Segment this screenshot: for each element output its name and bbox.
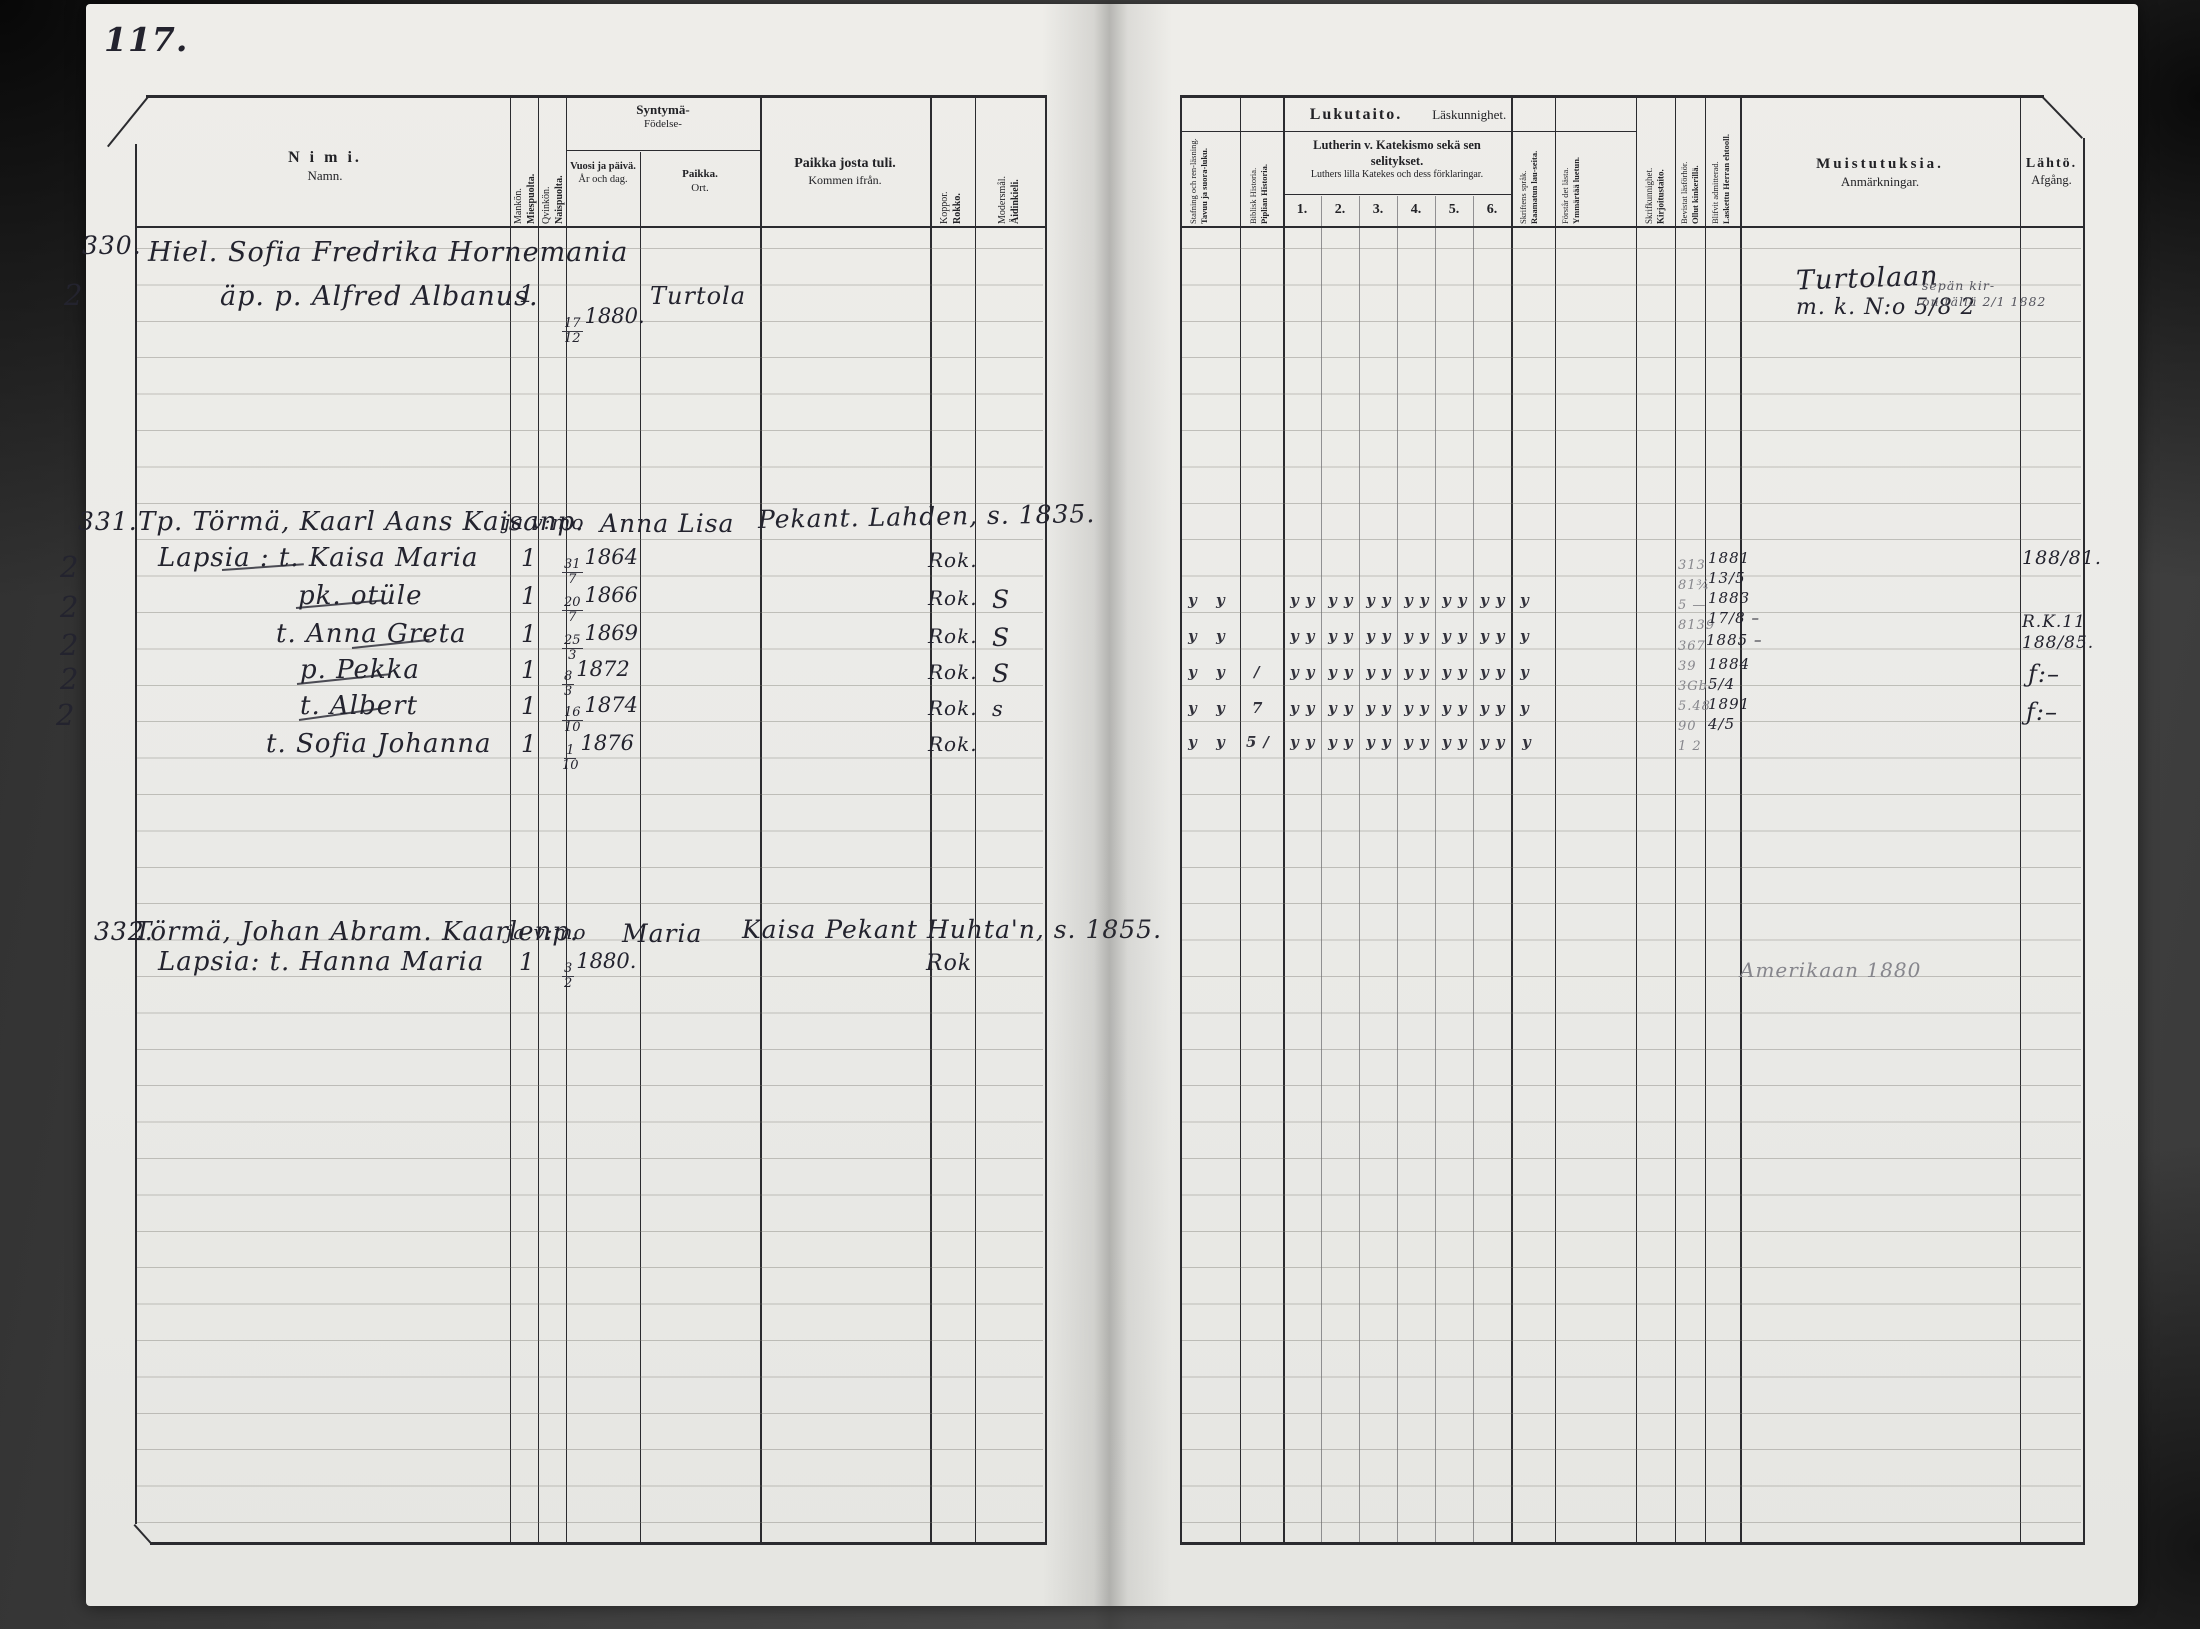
catechism-marks: yy xyxy=(1480,700,1511,716)
header-nais-sv: Qvinkön. xyxy=(540,100,553,224)
catechism-marks: yy xyxy=(1442,734,1473,750)
birth-year: 1864 xyxy=(585,545,638,569)
kat-col-1: 1. xyxy=(1283,202,1321,218)
birth-date: 2071866 xyxy=(562,584,638,624)
smallpox-entry: Rok. xyxy=(928,550,978,572)
header-mies-fi: Miespuolta. xyxy=(525,100,538,224)
smallpox-entry: Rok. xyxy=(928,662,978,684)
record-number: 330. xyxy=(82,232,142,259)
catechism-marks: yy xyxy=(1328,700,1359,716)
header-raam-fi: Raamatun lau-seita. xyxy=(1529,138,1540,224)
catechism-marks: yy xyxy=(1290,734,1321,750)
smallpox-entry: Rok. xyxy=(928,626,978,648)
spelling-marks: y y xyxy=(1188,700,1232,716)
birth-date: 17121880. xyxy=(562,282,645,345)
remark-small-note: sepän kir- on tällä 2/1 1882 xyxy=(1922,278,2046,309)
kat-col-2: 2. xyxy=(1321,202,1359,218)
header-kirj-sv: Skrifkunnighet. xyxy=(1644,100,1656,224)
male-count: 1 xyxy=(521,732,537,758)
table-line xyxy=(135,226,1047,228)
header-tavuu-fi: Tavuu ja suora-luku. xyxy=(1199,138,1210,224)
smallpox-entry: Rok. xyxy=(928,588,978,610)
male-count: 1 xyxy=(521,694,537,720)
record-name-line: Kaisa Pekant Huhta'n, s. 1855. xyxy=(742,916,1162,943)
scripture-mark: y xyxy=(1520,664,1536,680)
birth-year: 1874 xyxy=(585,693,638,717)
column-header-bible-history: Biblisk Historia. Piplian Historia. xyxy=(1248,138,1270,224)
header-synt-sv: Födelse- xyxy=(566,118,760,132)
birth-date: 2531869 xyxy=(562,622,638,662)
bible-history-mark: 7 xyxy=(1252,700,1269,716)
male-count: 1 xyxy=(521,546,537,572)
header-nais-fi: Naispuolta. xyxy=(553,100,566,224)
header-adm-sv: Blifvit admitterad. xyxy=(1710,100,1721,224)
column-header-smallpox: Koppor. Rokko. xyxy=(938,100,964,224)
birth-date-fraction: 32 xyxy=(562,962,574,990)
record-name-line: ja v:mo xyxy=(506,922,587,944)
mother-tongue-entry: S xyxy=(992,624,1010,651)
header-lahto-fi: Lähtö. xyxy=(2020,155,2083,173)
header-muist-fi: Muistutuksia. xyxy=(1740,155,2020,174)
departure-entry: ƒ:– xyxy=(2028,662,2060,688)
birth-day: 31 xyxy=(562,558,583,573)
birth-date-fraction: 110 xyxy=(562,744,579,772)
birth-place: Turtola xyxy=(650,284,746,310)
column-header-female: Qvinkön. Naispuolta. xyxy=(540,100,566,224)
catechism-marks: yy xyxy=(1328,664,1359,680)
birth-day: 25 xyxy=(562,634,583,649)
header-kink-fi: Ollut kinkerillä. xyxy=(1690,100,1701,224)
catechism-marks: yy xyxy=(1480,592,1511,608)
header-luku-sv: Läskunnighet. xyxy=(1432,107,1506,122)
record-name-line: Maria xyxy=(622,920,702,947)
record-name-line: ja v:mo xyxy=(504,512,585,534)
catechism-marks: yy xyxy=(1328,734,1359,750)
header-vuosi-fi: Vuosi ja päivä. xyxy=(566,160,640,173)
header-kirj-fi: Kirjoitustaito. xyxy=(1656,100,1668,224)
scanned-ledger-spread: N i m i. Namn. Mankön. Miespuolta. Qvink… xyxy=(0,0,2200,1629)
column-header-departure: Lähtö. Afgång. xyxy=(2020,155,2083,188)
child-name: Lapsia: t. Hanna Maria xyxy=(158,948,484,976)
birth-day: 17 xyxy=(562,317,583,332)
margin-mark: 2 xyxy=(60,552,79,583)
birth-date-fraction: 1712 xyxy=(562,317,583,345)
column-header-name: N i m i. Namn. xyxy=(200,148,450,184)
child-name: t. Anna Greta xyxy=(276,620,467,648)
birth-day: 16 xyxy=(562,706,583,721)
smallpox-entry: Rok xyxy=(926,952,972,976)
departure-entry: 188/81. xyxy=(2022,548,2102,569)
catechism-marks: yy xyxy=(1404,700,1435,716)
remark: Turtolaan xyxy=(1796,262,1940,296)
spelling-marks: y y xyxy=(1188,734,1232,750)
record-name-line: Hiel. Sofia Fredrika Hornemania xyxy=(148,238,628,267)
birth-day: 1 xyxy=(564,744,576,759)
child-name: Lapsia : t. Kaisa Maria xyxy=(158,544,479,572)
header-ymm-sv: Förstår det lästa. xyxy=(1560,138,1571,224)
margin-mark: 2 xyxy=(60,592,79,623)
birth-date-fraction: 1610 xyxy=(562,706,583,734)
bible-history-mark: / xyxy=(1254,664,1266,680)
scripture-mark: y xyxy=(1520,628,1536,644)
column-header-birthplace: Paikka. Ort. xyxy=(640,168,760,196)
male-count: 1 xyxy=(521,658,537,684)
catechism-marks: yy xyxy=(1290,664,1321,680)
smallpox-entry: Rok. xyxy=(928,734,978,756)
birth-date-fraction: 317 xyxy=(562,558,583,586)
column-header-scripture: Skriftens språk. Raamatun lau-seita. xyxy=(1518,138,1540,224)
header-rokko-fi: Rokko. xyxy=(951,100,964,224)
smallpox-entry: Rok. xyxy=(928,698,978,720)
header-luku-fi: Lukutaito. xyxy=(1310,106,1402,123)
male-count: 1 xyxy=(519,282,535,308)
catechism-marks: yy xyxy=(1366,734,1397,750)
catechism-marks: yy xyxy=(1366,592,1397,608)
admission-entry: 1883 17/8 – xyxy=(1708,588,1760,629)
ledger-rules xyxy=(137,248,1043,1538)
header-vuosi-sv: År och dag. xyxy=(566,173,640,186)
group-header-birth: Syntymä- Födelse- xyxy=(566,102,760,132)
record-name-line: Anna Lisa xyxy=(600,510,734,537)
catechism-marks: yy xyxy=(1442,628,1473,644)
column-header-came-from: Paikka josta tuli. Kommen ifrån. xyxy=(760,155,930,188)
birth-date: 3171864 xyxy=(562,546,638,586)
birth-month: 2 xyxy=(564,977,572,990)
header-nimi-sv: Namn. xyxy=(200,168,450,184)
catechism-marks: yy xyxy=(1290,592,1321,608)
record-number: 331. xyxy=(78,508,138,535)
birth-day: 8 xyxy=(562,670,574,685)
kat-col-4: 4. xyxy=(1397,202,1435,218)
header-mies-sv: Mankön. xyxy=(512,100,525,224)
column-header-male: Mankön. Miespuolta. xyxy=(512,100,538,224)
header-kat-fi2: selitykset. xyxy=(1283,154,1511,170)
birth-month: 10 xyxy=(562,759,579,772)
header-muist-sv: Anmärkningar. xyxy=(1740,174,2020,190)
column-header-mother-tongue: Modersmål. Äidinkieli. xyxy=(996,100,1022,224)
catechism-marks: yy xyxy=(1404,592,1435,608)
admission-entry: 1891 4/5 xyxy=(1708,694,1750,735)
table-line xyxy=(1045,95,1047,1544)
margin-mark: 2 xyxy=(60,664,79,695)
male-count: 1 xyxy=(521,584,537,610)
header-kieli-sv: Modersmål. xyxy=(996,100,1009,224)
header-adm-fi: Laskettu Herran ehtooll. xyxy=(1721,100,1732,224)
spelling-marks: y y xyxy=(1188,664,1232,680)
birth-date: 831872 xyxy=(562,658,630,698)
header-kink-sv: Bevistat läsförhör. xyxy=(1679,100,1690,224)
header-nimi-fi: N i m i. xyxy=(200,148,450,168)
table-line xyxy=(1283,194,1511,195)
birth-year: 1880. xyxy=(585,304,645,328)
mother-tongue-entry: S xyxy=(992,586,1010,613)
birth-date: 321880. xyxy=(562,950,636,990)
admission-entry: 1885 – xyxy=(1706,632,1762,648)
mother-tongue-entry: s xyxy=(992,698,1004,721)
scripture-mark: y xyxy=(1520,700,1536,716)
catechism-marks: yy xyxy=(1442,664,1473,680)
birth-year: 1876 xyxy=(581,731,634,755)
departure-entry: ƒ:– xyxy=(2026,700,2058,726)
page-number: 117. xyxy=(104,22,188,58)
table-line xyxy=(2083,138,2085,1544)
catechism-marks: yy xyxy=(1328,592,1359,608)
birth-year: 1872 xyxy=(576,657,629,681)
header-rokko-sv: Koppor. xyxy=(938,100,951,224)
admission-entry: 1884 5/4 xyxy=(1708,654,1750,695)
birth-day: 3 xyxy=(562,962,574,977)
header-raam-sv: Skriftens språk. xyxy=(1518,138,1529,224)
table-line xyxy=(1180,226,2085,228)
header-synt-fi: Syntymä- xyxy=(566,102,760,118)
catechism-marks: yy xyxy=(1404,664,1435,680)
catechism-marks: yy xyxy=(1366,628,1397,644)
column-header-catechetical-meeting: Bevistat läsförhör. Ollut kinkerillä. xyxy=(1679,100,1701,224)
catechism-marks: yy xyxy=(1404,734,1435,750)
kat-col-3: 3. xyxy=(1359,202,1397,218)
catechism-marks: yy xyxy=(1404,628,1435,644)
header-josta-fi: Paikka josta tuli. xyxy=(760,155,930,173)
scripture-mark: y xyxy=(1520,592,1536,608)
birth-year: 1866 xyxy=(585,583,638,607)
catechism-marks: yy xyxy=(1480,734,1511,750)
mother-tongue-entry: S xyxy=(992,660,1010,687)
birth-date-fraction: 207 xyxy=(562,596,583,624)
header-kat-fi1: Lutherin v. Katekismo sekä sen xyxy=(1283,138,1511,154)
catechism-marks: yy xyxy=(1328,628,1359,644)
departure-entry: R.K.11 188/85. xyxy=(2022,612,2094,655)
spelling-marks: y y xyxy=(1188,592,1232,608)
admission-entry: 1881 13/5 xyxy=(1708,548,1750,589)
ledger-rules xyxy=(1182,248,2081,1538)
table-line xyxy=(150,1542,1047,1545)
catechism-subcolumn-numbers: 1. 2. 3. 4. 5. 6. xyxy=(1283,202,1511,218)
column-header-remarks: Muistutuksia. Anmärkningar. xyxy=(1740,155,2020,190)
header-paikka-fi: Paikka. xyxy=(640,168,760,182)
header-pip-sv: Biblisk Historia. xyxy=(1248,138,1259,224)
column-header-writing: Skrifkunnighet. Kirjoitustaito. xyxy=(1644,100,1667,224)
header-tavuu-sv: Stafning och ren-läsning. xyxy=(1188,138,1199,224)
birth-day: 20 xyxy=(562,596,583,611)
spelling-marks: y y xyxy=(1188,628,1232,644)
birth-date: 1101876 xyxy=(562,732,634,772)
margin-mark: 2 xyxy=(56,700,75,731)
male-count: 1 xyxy=(519,950,535,976)
table-line xyxy=(566,150,760,151)
group-header-literacy: Lukutaito. Läskunnighet. xyxy=(1180,105,1636,125)
bible-history-mark: 5/ xyxy=(1246,734,1276,750)
column-header-comprehension: Förstår det lästa. Ymmärtää luetun. xyxy=(1560,138,1582,224)
catechism-marks: yy xyxy=(1290,628,1321,644)
table-line xyxy=(1180,1542,2085,1545)
header-lahto-sv: Afgång. xyxy=(2020,173,2083,189)
header-pip-fi: Piplian Historia. xyxy=(1259,138,1270,224)
birth-date: 16101874 xyxy=(562,694,638,734)
group-header-catechism: Lutherin v. Katekismo sekä sen selitykse… xyxy=(1283,138,1511,182)
record-name-line: äp. p. Alfred Albanus. xyxy=(220,282,539,311)
header-kieli-fi: Äidinkieli. xyxy=(1009,100,1022,224)
birth-year: 1880. xyxy=(576,949,636,973)
child-name: t. Sofia Johanna xyxy=(266,730,491,758)
scripture-mark: y xyxy=(1522,734,1538,750)
catechism-marks: yy xyxy=(1480,628,1511,644)
margin-mark: 2 xyxy=(64,280,83,311)
record-name-line: Pekant. Lahden, s. 1835. xyxy=(758,500,1096,533)
column-header-spelling: Stafning och ren-läsning. Tavuu ja suora… xyxy=(1188,138,1210,224)
catechism-marks: yy xyxy=(1442,592,1473,608)
catechism-marks: yy xyxy=(1442,700,1473,716)
header-ymm-fi: Ymmärtää luetun. xyxy=(1571,138,1582,224)
birth-month: 12 xyxy=(564,332,581,345)
header-kat-sv: Luthers lilla Katekes och dess förklarin… xyxy=(1283,169,1511,182)
table-line xyxy=(1180,131,1636,132)
male-count: 1 xyxy=(521,622,537,648)
remark: Amerikaan 1880 xyxy=(1740,960,1921,982)
catechism-marks: yy xyxy=(1480,664,1511,680)
header-josta-sv: Kommen ifrån. xyxy=(760,173,930,188)
column-header-admitted: Blifvit admitterad. Laskettu Herran ehto… xyxy=(1710,100,1732,224)
kat-col-6: 6. xyxy=(1473,202,1511,218)
catechism-marks: yy xyxy=(1290,700,1321,716)
kat-col-5: 5. xyxy=(1435,202,1473,218)
header-paikka-sv: Ort. xyxy=(640,182,760,196)
table-line xyxy=(146,95,1047,98)
margin-mark: 2 xyxy=(60,630,79,661)
birth-year: 1869 xyxy=(585,621,638,645)
column-header-birthdate: Vuosi ja päivä. År och dag. xyxy=(566,160,640,186)
catechism-marks: yy xyxy=(1366,700,1397,716)
catechism-marks: yy xyxy=(1366,664,1397,680)
table-line xyxy=(1180,95,2044,98)
